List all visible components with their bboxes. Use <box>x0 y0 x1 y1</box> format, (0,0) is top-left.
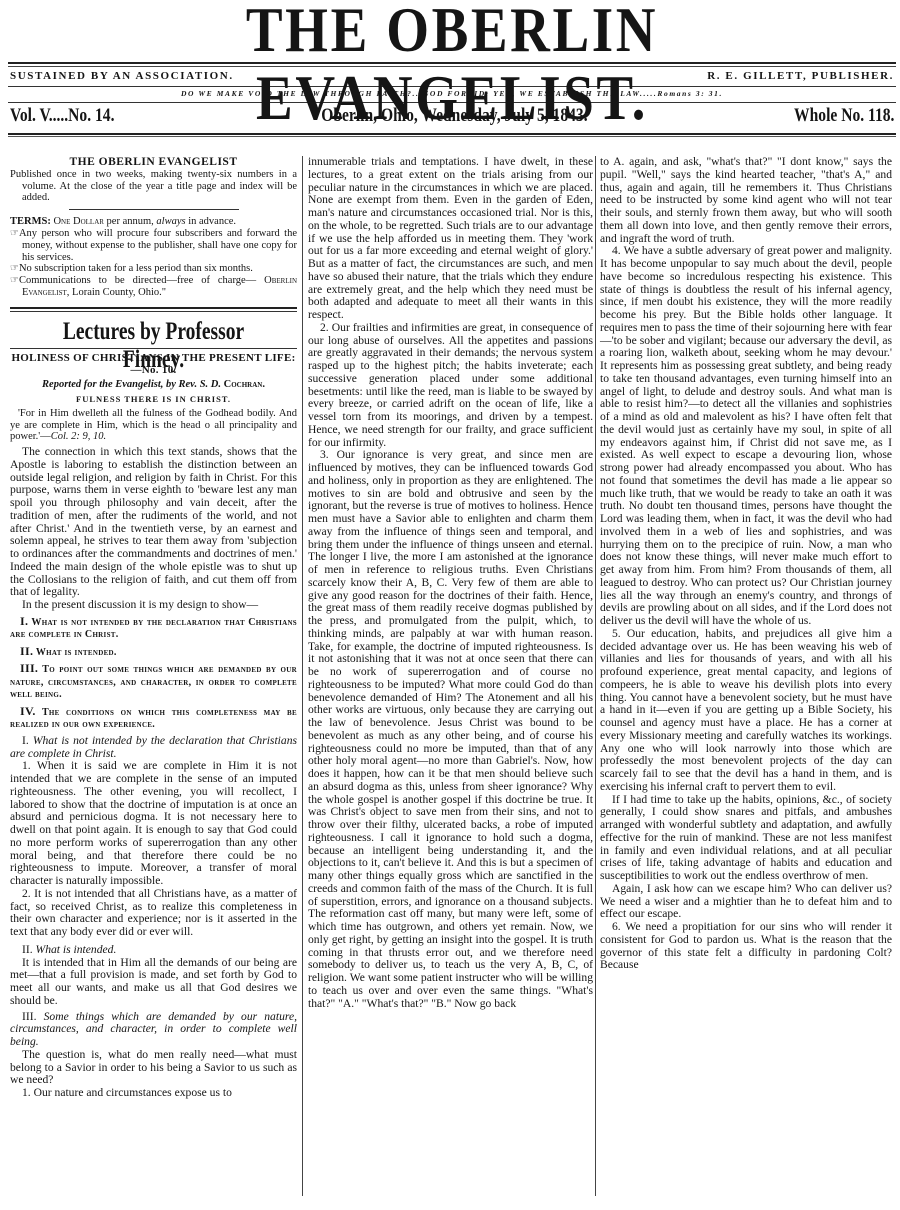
section-title: What is not intended by the declaration … <box>10 734 297 760</box>
terms-item-text: No subscription taken for a less period … <box>19 263 253 274</box>
paragraph: 1. When it is said we are complete in Hi… <box>10 760 297 888</box>
notice-title: THE OBERLIN EVANGELIST <box>10 156 297 169</box>
outline-num: I. <box>20 614 28 628</box>
pointing-hand-icon: ☞ <box>10 275 19 286</box>
pointing-hand-icon: ☞ <box>10 263 19 274</box>
outline-item: I. What is not intended by the declarati… <box>10 615 297 642</box>
outline-text: The conditions on which this completenes… <box>10 707 297 731</box>
section-num: I. <box>22 734 29 747</box>
newspaper-page: THE OBERLIN EVANGELIST. SUSTAINED BY AN … <box>0 0 900 1210</box>
divider <box>69 209 239 210</box>
section-num: II. <box>22 943 33 956</box>
column-2: innumerable trials and temptations. I ha… <box>308 156 593 1010</box>
terms-item-text: Any person who will procure four subscri… <box>19 228 297 263</box>
terms-price: One Dollar <box>53 216 103 227</box>
paragraph: In the present discussion it is my desig… <box>10 599 297 612</box>
address: Lorain County, Ohio." <box>72 287 166 298</box>
column-divider <box>302 156 303 1196</box>
section-heading-3: III. Some things which are demanded by o… <box>10 1011 297 1049</box>
outline-text: What is intended. <box>36 647 117 658</box>
paragraph: 4. We have a subtle adversary of great p… <box>600 245 892 628</box>
outline-item: II. What is intended. <box>10 645 297 660</box>
masthead: THE OBERLIN EVANGELIST. SUSTAINED BY AN … <box>8 0 896 137</box>
terms-always: always <box>156 216 185 227</box>
section-heading-1: I. What is not intended by the declarati… <box>10 735 297 761</box>
author-name: Cochran. <box>224 379 265 390</box>
paragraph: 5. Our education, habits, and prejudices… <box>600 628 892 794</box>
outline-list: I. What is not intended by the declarati… <box>10 615 297 732</box>
outline-num: II. <box>20 644 33 658</box>
divider <box>8 133 896 137</box>
byline-text: Reported for the Evangelist, by Rev. S. … <box>42 379 221 390</box>
section-title: What is intended. <box>36 943 117 956</box>
paragraph: It is intended that in Him all the deman… <box>10 957 297 1008</box>
paragraph: The connection in which this text stands… <box>10 446 297 599</box>
column-3: to A. again, and ask, "what's that?" "I … <box>600 156 892 972</box>
section-title: Some things which are demanded by our na… <box>10 1010 297 1049</box>
scripture-reference: Col. 2: 9, 10. <box>51 431 106 442</box>
publication-notice: Published once in two weeks, making twen… <box>10 169 297 204</box>
paragraph: If I had time to take up the habits, opi… <box>600 794 892 883</box>
outline-text: What is not intended by the declaration … <box>10 617 297 641</box>
paragraph: 3. Our ignorance is very great, and sinc… <box>308 449 593 1010</box>
terms-advance: in advance. <box>188 216 236 227</box>
divider <box>10 307 297 312</box>
newspaper-title: THE OBERLIN EVANGELIST. <box>8 0 896 62</box>
terms-item-text: Communications to be directed—free of ch… <box>19 275 256 286</box>
outline-num: IV. <box>20 704 36 718</box>
terms-item: ☞Communications to be directed—free of c… <box>10 275 297 299</box>
paragraph: Again, I ask how can we escape him? Who … <box>600 883 892 921</box>
column-divider <box>595 156 596 1196</box>
outline-text: To point out some things which are deman… <box>10 664 297 700</box>
terms-line: TERMS: One Dollar per annum, always in a… <box>10 216 297 228</box>
column-1: THE OBERLIN EVANGELIST Published once in… <box>10 156 297 1100</box>
outline-num: III. <box>20 661 38 675</box>
article-subhead: FULNESS THERE IS IN CHRIST. <box>10 393 297 406</box>
terms-label: TERMS: <box>10 216 51 227</box>
terms-item: ☞Any person who will procure four subscr… <box>10 228 297 263</box>
volume-number: Vol. V.....No. 14. <box>10 105 114 127</box>
section-heading-2: II. What is intended. <box>10 944 297 957</box>
terms-item: ☞No subscription taken for a less period… <box>10 263 297 275</box>
paragraph: 2. It is not intended that all Christian… <box>10 888 297 939</box>
paragraph: 1. Our nature and circumstances expose u… <box>10 1087 297 1100</box>
paragraph: The question is, what do men really need… <box>10 1049 297 1087</box>
epigraph: 'For in Him dwelleth all the fulness of … <box>10 408 297 443</box>
outline-item: IV. The conditions on which this complet… <box>10 705 297 732</box>
terms-block: TERMS: One Dollar per annum, always in a… <box>10 216 297 299</box>
terms-period: per annum, <box>107 216 154 227</box>
section-heading-text: Lectures by Professor Finney. <box>42 318 266 374</box>
byline: Reported for the Evangelist, by Rev. S. … <box>10 379 297 392</box>
paragraph: to A. again, and ask, "what's that?" "I … <box>600 156 892 245</box>
paragraph: innumerable trials and temptations. I ha… <box>308 156 593 322</box>
paragraph: 2. Our frailties and infirmities are gre… <box>308 322 593 450</box>
section-heading: Lectures by Professor Finney. <box>10 318 297 346</box>
columns: THE OBERLIN EVANGELIST Published once in… <box>8 156 896 1206</box>
dateline: Oberlin, Ohio, Wednesday, July 5, 1843. <box>321 105 587 127</box>
paragraph: 6. We need a propitiation for our sins w… <box>600 921 892 972</box>
pointing-hand-icon: ☞ <box>10 228 19 239</box>
outline-item: III. To point out some things which are … <box>10 662 297 702</box>
whole-number: Whole No. 118. <box>794 105 894 127</box>
section-num: III. <box>22 1010 36 1023</box>
published-note: Published once in two weeks, making twen… <box>10 169 297 204</box>
